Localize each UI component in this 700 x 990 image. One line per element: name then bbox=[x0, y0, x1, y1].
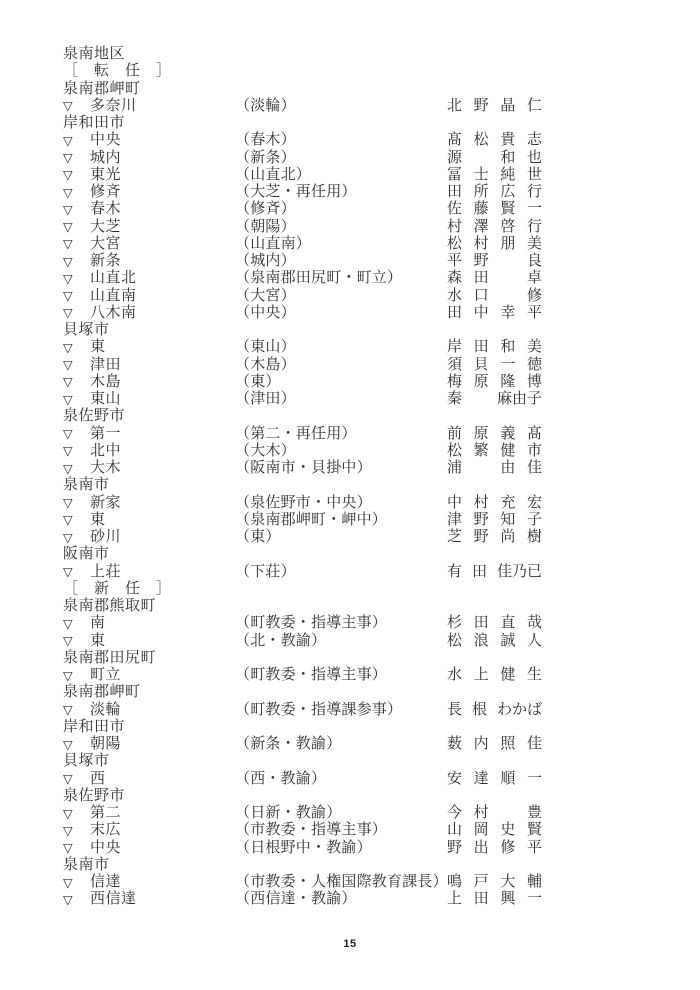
name-cell: 宏 bbox=[527, 495, 542, 512]
triangle-marker-icon: ▽ bbox=[63, 219, 73, 236]
transfer-row: ▽大芝（朝陽）村澤啓行 bbox=[63, 219, 172, 236]
name-cell: 一 bbox=[527, 891, 542, 908]
school-name: 南 bbox=[90, 615, 106, 632]
name-cell: 水 bbox=[447, 288, 462, 305]
name-cell: 也 bbox=[527, 150, 542, 167]
name-cell: 源 bbox=[447, 150, 462, 167]
name-cell: 佐 bbox=[447, 201, 462, 218]
school-name: 朝陽 bbox=[90, 736, 121, 753]
name-cell: 出 bbox=[474, 840, 489, 857]
name-cell: 平 bbox=[527, 840, 542, 857]
transfer-list: 泉南地区 ［ 転 任 ］泉南郡岬町▽多奈川（淡輪）北野晶仁岸和田市▽中央（春木）… bbox=[63, 46, 172, 909]
transfer-row: ▽南（町教委・指導主事）杉田直哉 bbox=[63, 615, 172, 632]
name-cell: 村 bbox=[447, 219, 462, 236]
name-cell: 野 bbox=[474, 512, 489, 529]
name-cell bbox=[474, 460, 489, 477]
name-cell: 松 bbox=[447, 236, 462, 253]
municipality-heading: 泉佐野市 bbox=[63, 408, 172, 425]
previous-post: （北・教諭） bbox=[235, 633, 326, 650]
name-cell: 澤 bbox=[474, 219, 489, 236]
name-cell: 長 bbox=[447, 702, 462, 719]
name-cell: 誠 bbox=[500, 633, 515, 650]
section-heading: ［ 転 任 ］ bbox=[63, 63, 172, 80]
name-cell: 今 bbox=[447, 805, 462, 822]
school-name: 中央 bbox=[90, 840, 121, 857]
name-cell: 安 bbox=[447, 771, 462, 788]
person-name: 前原義髙 bbox=[447, 426, 542, 443]
name-cell: 晶 bbox=[500, 98, 515, 115]
person-name: 冨士純世 bbox=[447, 167, 542, 184]
name-cell: 一 bbox=[500, 357, 515, 374]
name-cell: 髙 bbox=[447, 132, 462, 149]
transfer-row: ▽山直北（泉南郡田尻町・町立）森田 卓 bbox=[63, 270, 172, 287]
person-name: 佐藤賢一 bbox=[447, 201, 542, 218]
name-cell: 内 bbox=[474, 736, 489, 753]
name-cell: 森 bbox=[447, 270, 462, 287]
previous-post: （中央） bbox=[235, 305, 296, 322]
section-heading: ［ 新 任 ］ bbox=[63, 581, 172, 598]
previous-post: （山直北） bbox=[235, 167, 311, 184]
transfer-row: ▽東（東山）岸田和美 bbox=[63, 339, 172, 356]
name-cell: 野 bbox=[474, 529, 489, 546]
name-cell: 広 bbox=[500, 184, 515, 201]
name-cell: 順 bbox=[500, 771, 515, 788]
name-cell: 山 bbox=[447, 822, 462, 839]
name-cell: 良 bbox=[527, 253, 542, 270]
name-cell: 上 bbox=[447, 891, 462, 908]
triangle-marker-icon: ▽ bbox=[63, 392, 73, 409]
name-cell: 根 bbox=[472, 702, 487, 719]
school-name: 第二 bbox=[90, 805, 121, 822]
school-name: 山直北 bbox=[90, 270, 137, 287]
person-name: 山岡史賢 bbox=[447, 822, 542, 839]
triangle-marker-icon: ▽ bbox=[63, 185, 73, 202]
person-name: 安達順一 bbox=[447, 771, 542, 788]
name-cell: 行 bbox=[527, 184, 542, 201]
transfer-row: ▽中央（春木）髙松貴志 bbox=[63, 132, 172, 149]
transfer-row: ▽東山（津田）秦麻由子 bbox=[63, 391, 172, 408]
name-cell: 村 bbox=[474, 495, 489, 512]
name-cell: 須 bbox=[447, 357, 462, 374]
previous-post: （日根野中・教諭） bbox=[235, 840, 372, 857]
name-cell: 水 bbox=[447, 667, 462, 684]
transfer-row: ▽町立（町教委・指導主事）水上健生 bbox=[63, 667, 172, 684]
triangle-marker-icon: ▽ bbox=[63, 512, 73, 529]
previous-post: （東） bbox=[235, 374, 281, 391]
person-name: 岸田和美 bbox=[447, 339, 542, 356]
name-cell: 隆 bbox=[500, 374, 515, 391]
name-cell: 所 bbox=[474, 184, 489, 201]
triangle-marker-icon: ▽ bbox=[63, 461, 73, 478]
name-cell: 有 bbox=[447, 564, 462, 581]
name-cell: 生 bbox=[527, 667, 542, 684]
person-name: 芝野尚樹 bbox=[447, 529, 542, 546]
name-cell: 世 bbox=[527, 167, 542, 184]
name-cell: 健 bbox=[500, 667, 515, 684]
previous-post: （日新・教諭） bbox=[235, 805, 341, 822]
previous-post: （泉南郡田尻町・町立） bbox=[235, 270, 402, 287]
previous-post: （新条） bbox=[235, 150, 296, 167]
school-name: 信達 bbox=[90, 874, 121, 891]
name-cell: 藤 bbox=[474, 201, 489, 218]
scanned-document-page: 泉南地区 ［ 転 任 ］泉南郡岬町▽多奈川（淡輪）北野晶仁岸和田市▽中央（春木）… bbox=[0, 0, 700, 990]
name-cell: 義 bbox=[500, 426, 515, 443]
transfer-row: ▽東（北・教諭）松浪誠人 bbox=[63, 633, 172, 650]
triangle-marker-icon: ▽ bbox=[63, 702, 73, 719]
triangle-marker-icon: ▽ bbox=[63, 892, 73, 909]
name-cell: 麻由子 bbox=[497, 391, 542, 408]
previous-post: （東山） bbox=[235, 339, 296, 356]
name-cell: 鳴 bbox=[447, 874, 462, 891]
triangle-marker-icon: ▽ bbox=[63, 616, 73, 633]
person-name: 松繁健市 bbox=[447, 443, 542, 460]
person-name: 上田興一 bbox=[447, 891, 542, 908]
school-name: 町立 bbox=[90, 667, 121, 684]
name-cell: 田 bbox=[447, 184, 462, 201]
previous-post: （東） bbox=[235, 529, 281, 546]
name-cell: 充 bbox=[500, 495, 515, 512]
name-cell bbox=[474, 150, 489, 167]
municipality-heading: 泉南市 bbox=[63, 857, 172, 874]
person-name: 田中幸平 bbox=[447, 305, 542, 322]
name-cell: 賢 bbox=[527, 822, 542, 839]
school-name: 木島 bbox=[90, 374, 121, 391]
municipality-heading: 岸和田市 bbox=[63, 719, 172, 736]
transfer-row: ▽西（西・教諭）安達順一 bbox=[63, 771, 172, 788]
school-name: 北中 bbox=[90, 443, 121, 460]
name-cell bbox=[500, 253, 515, 270]
person-name: 有田佳乃已 bbox=[447, 564, 542, 581]
triangle-marker-icon: ▽ bbox=[63, 426, 73, 443]
name-cell: 貴 bbox=[500, 132, 515, 149]
name-cell: 照 bbox=[500, 736, 515, 753]
name-cell: 田 bbox=[447, 305, 462, 322]
name-cell: 田 bbox=[474, 270, 489, 287]
name-cell: 一 bbox=[527, 771, 542, 788]
previous-post: （大木） bbox=[235, 443, 296, 460]
person-name: 津野知子 bbox=[447, 512, 542, 529]
name-cell: 哉 bbox=[527, 615, 542, 632]
municipality-heading: 泉佐野市 bbox=[63, 788, 172, 805]
name-cell: 市 bbox=[527, 443, 542, 460]
triangle-marker-icon: ▽ bbox=[63, 271, 73, 288]
name-cell: 浪 bbox=[474, 633, 489, 650]
triangle-marker-icon: ▽ bbox=[63, 305, 73, 322]
school-name: 中央 bbox=[90, 132, 121, 149]
triangle-marker-icon: ▽ bbox=[63, 254, 73, 271]
previous-post: （町教委・指導主事） bbox=[235, 615, 387, 632]
previous-post: （阪南市・貝掛中） bbox=[235, 460, 372, 477]
triangle-marker-icon: ▽ bbox=[63, 495, 73, 512]
name-cell: 輔 bbox=[527, 874, 542, 891]
previous-post: （木島） bbox=[235, 357, 296, 374]
name-cell: 健 bbox=[500, 443, 515, 460]
triangle-marker-icon: ▽ bbox=[63, 374, 73, 391]
transfer-row: ▽新条（城内）平野 良 bbox=[63, 253, 172, 270]
transfer-row: ▽西信達（西信達・教諭）上田興一 bbox=[63, 891, 172, 908]
triangle-marker-icon: ▽ bbox=[63, 823, 73, 840]
triangle-marker-icon: ▽ bbox=[63, 530, 73, 547]
name-cell: 朋 bbox=[500, 236, 515, 253]
transfer-row: ▽上荘（下荘）有田佳乃已 bbox=[63, 564, 172, 581]
triangle-marker-icon: ▽ bbox=[63, 340, 73, 357]
person-name: 水口 修 bbox=[447, 288, 542, 305]
school-name: 多奈川 bbox=[90, 98, 137, 115]
triangle-marker-icon: ▽ bbox=[63, 840, 73, 857]
name-cell: 岡 bbox=[474, 822, 489, 839]
name-cell: 賢 bbox=[500, 201, 515, 218]
name-cell: 平 bbox=[527, 305, 542, 322]
person-name: 髙松貴志 bbox=[447, 132, 542, 149]
triangle-marker-icon: ▽ bbox=[63, 875, 73, 892]
previous-post: （城内） bbox=[235, 253, 296, 270]
name-cell: 田 bbox=[474, 339, 489, 356]
transfer-row: ▽大宮（山直南）松村朋美 bbox=[63, 236, 172, 253]
transfer-row: ▽末広（市教委・指導主事）山岡史賢 bbox=[63, 822, 172, 839]
previous-post: （西・教諭） bbox=[235, 771, 326, 788]
name-cell: 知 bbox=[500, 512, 515, 529]
triangle-marker-icon: ▽ bbox=[63, 98, 73, 115]
triangle-marker-icon: ▽ bbox=[63, 167, 73, 184]
name-cell: 戸 bbox=[474, 874, 489, 891]
previous-post: （泉佐野市・中央） bbox=[235, 495, 372, 512]
name-cell: 秦 bbox=[447, 391, 462, 408]
name-cell: 冨 bbox=[447, 167, 462, 184]
name-cell: 行 bbox=[527, 219, 542, 236]
school-name: 修斉 bbox=[90, 184, 121, 201]
municipality-heading: 岸和田市 bbox=[63, 115, 172, 132]
previous-post: （大宮） bbox=[235, 288, 296, 305]
previous-post: （泉南郡岬町・岬中） bbox=[235, 512, 387, 529]
municipality-heading: 泉南市 bbox=[63, 477, 172, 494]
name-cell: 樹 bbox=[527, 529, 542, 546]
person-name: 中村充宏 bbox=[447, 495, 542, 512]
person-name: 梅原隆博 bbox=[447, 374, 542, 391]
previous-post: （市教委・指導主事） bbox=[235, 822, 387, 839]
name-cell: 杉 bbox=[447, 615, 462, 632]
name-cell: 上 bbox=[474, 667, 489, 684]
triangle-marker-icon: ▽ bbox=[63, 806, 73, 823]
triangle-marker-icon: ▽ bbox=[63, 357, 73, 374]
person-name: 須貝一徳 bbox=[447, 357, 542, 374]
triangle-marker-icon: ▽ bbox=[63, 633, 73, 650]
school-name: 砂川 bbox=[90, 529, 121, 546]
transfer-row: ▽東（泉南郡岬町・岬中）津野知子 bbox=[63, 512, 172, 529]
name-cell: 田 bbox=[472, 564, 487, 581]
name-cell: 直 bbox=[500, 615, 515, 632]
school-name: 上荘 bbox=[90, 564, 121, 581]
name-cell: 修 bbox=[527, 288, 542, 305]
person-name: 北野晶仁 bbox=[447, 98, 542, 115]
transfer-row: ▽朝陽（新条・教諭）薮内照佳 bbox=[63, 736, 172, 753]
school-name: 東 bbox=[90, 512, 106, 529]
name-cell: 佳 bbox=[527, 460, 542, 477]
person-name: 鳴戸大輔 bbox=[447, 874, 542, 891]
name-cell: 津 bbox=[447, 512, 462, 529]
name-cell: 浦 bbox=[447, 460, 462, 477]
name-cell: 前 bbox=[447, 426, 462, 443]
triangle-marker-icon: ▽ bbox=[63, 737, 73, 754]
previous-post: （第二・再任用） bbox=[235, 426, 357, 443]
previous-post: （淡輪） bbox=[235, 98, 296, 115]
school-name: 大木 bbox=[90, 460, 121, 477]
school-name: 山直南 bbox=[90, 288, 137, 305]
transfer-row: ▽山直南（大宮）水口 修 bbox=[63, 288, 172, 305]
name-cell: 美 bbox=[527, 236, 542, 253]
name-cell: 薮 bbox=[447, 736, 462, 753]
person-name: 長根わかば bbox=[447, 702, 542, 719]
name-cell: 由 bbox=[500, 460, 515, 477]
person-name: 薮内照佳 bbox=[447, 736, 542, 753]
name-cell: 松 bbox=[447, 633, 462, 650]
name-cell: 佳 bbox=[527, 736, 542, 753]
name-cell: 人 bbox=[527, 633, 542, 650]
triangle-marker-icon: ▽ bbox=[63, 771, 73, 788]
name-cell: わかば bbox=[497, 702, 542, 719]
name-cell: 中 bbox=[447, 495, 462, 512]
previous-post: （新条・教諭） bbox=[235, 736, 341, 753]
school-name: 西 bbox=[90, 771, 106, 788]
school-name: 東光 bbox=[90, 167, 121, 184]
name-cell: 芝 bbox=[447, 529, 462, 546]
person-name: 松浪誠人 bbox=[447, 633, 542, 650]
municipality-heading: 泉南郡岬町 bbox=[63, 684, 172, 701]
triangle-marker-icon: ▽ bbox=[63, 236, 73, 253]
transfer-row: ▽城内（新条）源 和也 bbox=[63, 150, 172, 167]
name-cell bbox=[500, 805, 515, 822]
person-name: 平野 良 bbox=[447, 253, 542, 270]
name-cell: 博 bbox=[527, 374, 542, 391]
previous-post: （町教委・指導主事） bbox=[235, 667, 387, 684]
triangle-marker-icon: ▽ bbox=[63, 202, 73, 219]
name-cell: 村 bbox=[474, 805, 489, 822]
name-cell: 修 bbox=[500, 840, 515, 857]
person-name: 松村朋美 bbox=[447, 236, 542, 253]
name-cell: 野 bbox=[447, 840, 462, 857]
previous-post: （町教委・指導課参事） bbox=[235, 702, 402, 719]
name-cell: 野 bbox=[474, 98, 489, 115]
previous-post: （大芝・再任用） bbox=[235, 184, 357, 201]
previous-post: （津田） bbox=[235, 391, 296, 408]
triangle-marker-icon: ▽ bbox=[63, 150, 73, 167]
name-cell: 卓 bbox=[527, 270, 542, 287]
transfer-row: ▽八木南（中央）田中幸平 bbox=[63, 305, 172, 322]
school-name: 東 bbox=[90, 633, 106, 650]
school-name: 西信達 bbox=[90, 891, 137, 908]
transfer-row: ▽津田（木島）須貝一徳 bbox=[63, 357, 172, 374]
transfer-row: ▽多奈川（淡輪）北野晶仁 bbox=[63, 98, 172, 115]
name-cell: 岸 bbox=[447, 339, 462, 356]
triangle-marker-icon: ▽ bbox=[63, 668, 73, 685]
person-name: 水上健生 bbox=[447, 667, 542, 684]
person-name: 秦麻由子 bbox=[447, 391, 542, 408]
name-cell: 田 bbox=[474, 615, 489, 632]
name-cell: 徳 bbox=[527, 357, 542, 374]
transfer-row: ▽修斉（大芝・再任用）田所広行 bbox=[63, 184, 172, 201]
name-cell: 北 bbox=[447, 98, 462, 115]
school-name: 城内 bbox=[90, 150, 121, 167]
transfer-row: ▽信達（市教委・人権国際教育課長）鳴戸大輔 bbox=[63, 874, 172, 891]
school-name: 東 bbox=[90, 339, 106, 356]
municipality-heading: 泉南郡田尻町 bbox=[63, 650, 172, 667]
name-cell: 口 bbox=[474, 288, 489, 305]
previous-post: （市教委・人権国際教育課長） bbox=[235, 874, 448, 891]
previous-post: （朝陽） bbox=[235, 219, 296, 236]
person-name: 森田 卓 bbox=[447, 270, 542, 287]
transfer-row: ▽砂川（東）芝野尚樹 bbox=[63, 529, 172, 546]
person-name: 村澤啓行 bbox=[447, 219, 542, 236]
name-cell: 幸 bbox=[500, 305, 515, 322]
person-name: 源 和也 bbox=[447, 150, 542, 167]
name-cell: 和 bbox=[500, 339, 515, 356]
name-cell: 啓 bbox=[500, 219, 515, 236]
name-cell: 原 bbox=[474, 374, 489, 391]
name-cell: 士 bbox=[474, 167, 489, 184]
person-name: 今村 豊 bbox=[447, 805, 542, 822]
triangle-marker-icon: ▽ bbox=[63, 133, 73, 150]
name-cell: 美 bbox=[527, 339, 542, 356]
school-name: 末広 bbox=[90, 822, 121, 839]
name-cell: 原 bbox=[474, 426, 489, 443]
previous-post: （修斉） bbox=[235, 201, 296, 218]
name-cell: 尚 bbox=[500, 529, 515, 546]
municipality-heading: 貝塚市 bbox=[63, 753, 172, 770]
school-name: 大宮 bbox=[90, 236, 121, 253]
name-cell: 純 bbox=[500, 167, 515, 184]
municipality-heading: 泉南郡岬町 bbox=[63, 81, 172, 98]
transfer-row: ▽新家（泉佐野市・中央）中村充宏 bbox=[63, 495, 172, 512]
name-cell: 松 bbox=[447, 443, 462, 460]
previous-post: （下荘） bbox=[235, 564, 296, 581]
page-number: 15 bbox=[0, 938, 700, 950]
previous-post: （西信達・教諭） bbox=[235, 891, 357, 908]
name-cell: 松 bbox=[474, 132, 489, 149]
transfer-row: ▽淡輪（町教委・指導課参事）長根わかば bbox=[63, 702, 172, 719]
name-cell: 豊 bbox=[527, 805, 542, 822]
name-cell: 村 bbox=[474, 236, 489, 253]
name-cell: 志 bbox=[527, 132, 542, 149]
school-name: 八木南 bbox=[90, 305, 137, 322]
person-name: 浦 由佳 bbox=[447, 460, 542, 477]
previous-post: （山直南） bbox=[235, 236, 311, 253]
name-cell: 史 bbox=[500, 822, 515, 839]
school-name: 津田 bbox=[90, 357, 121, 374]
person-name: 杉田直哉 bbox=[447, 615, 542, 632]
school-name: 第一 bbox=[90, 426, 121, 443]
triangle-marker-icon: ▽ bbox=[63, 564, 73, 581]
school-name: 淡輪 bbox=[90, 702, 121, 719]
name-cell: 梅 bbox=[447, 374, 462, 391]
name-cell: 髙 bbox=[527, 426, 542, 443]
municipality-heading: 泉南郡熊取町 bbox=[63, 598, 172, 615]
name-cell: 仁 bbox=[527, 98, 542, 115]
transfer-row: ▽大木（阪南市・貝掛中）浦 由佳 bbox=[63, 460, 172, 477]
name-cell: 達 bbox=[474, 771, 489, 788]
name-cell: 田 bbox=[474, 891, 489, 908]
triangle-marker-icon: ▽ bbox=[63, 288, 73, 305]
school-name: 新家 bbox=[90, 495, 121, 512]
school-name: 新条 bbox=[90, 253, 121, 270]
name-cell bbox=[500, 288, 515, 305]
school-name: 東山 bbox=[90, 391, 121, 408]
transfer-row: ▽中央（日根野中・教諭）野出修平 bbox=[63, 840, 172, 857]
transfer-row: ▽第一（第二・再任用）前原義髙 bbox=[63, 426, 172, 443]
transfer-row: ▽木島（東）梅原隆博 bbox=[63, 374, 172, 391]
name-cell: 平 bbox=[447, 253, 462, 270]
name-cell bbox=[500, 270, 515, 287]
transfer-row: ▽春木（修斉）佐藤賢一 bbox=[63, 201, 172, 218]
name-cell: 興 bbox=[500, 891, 515, 908]
